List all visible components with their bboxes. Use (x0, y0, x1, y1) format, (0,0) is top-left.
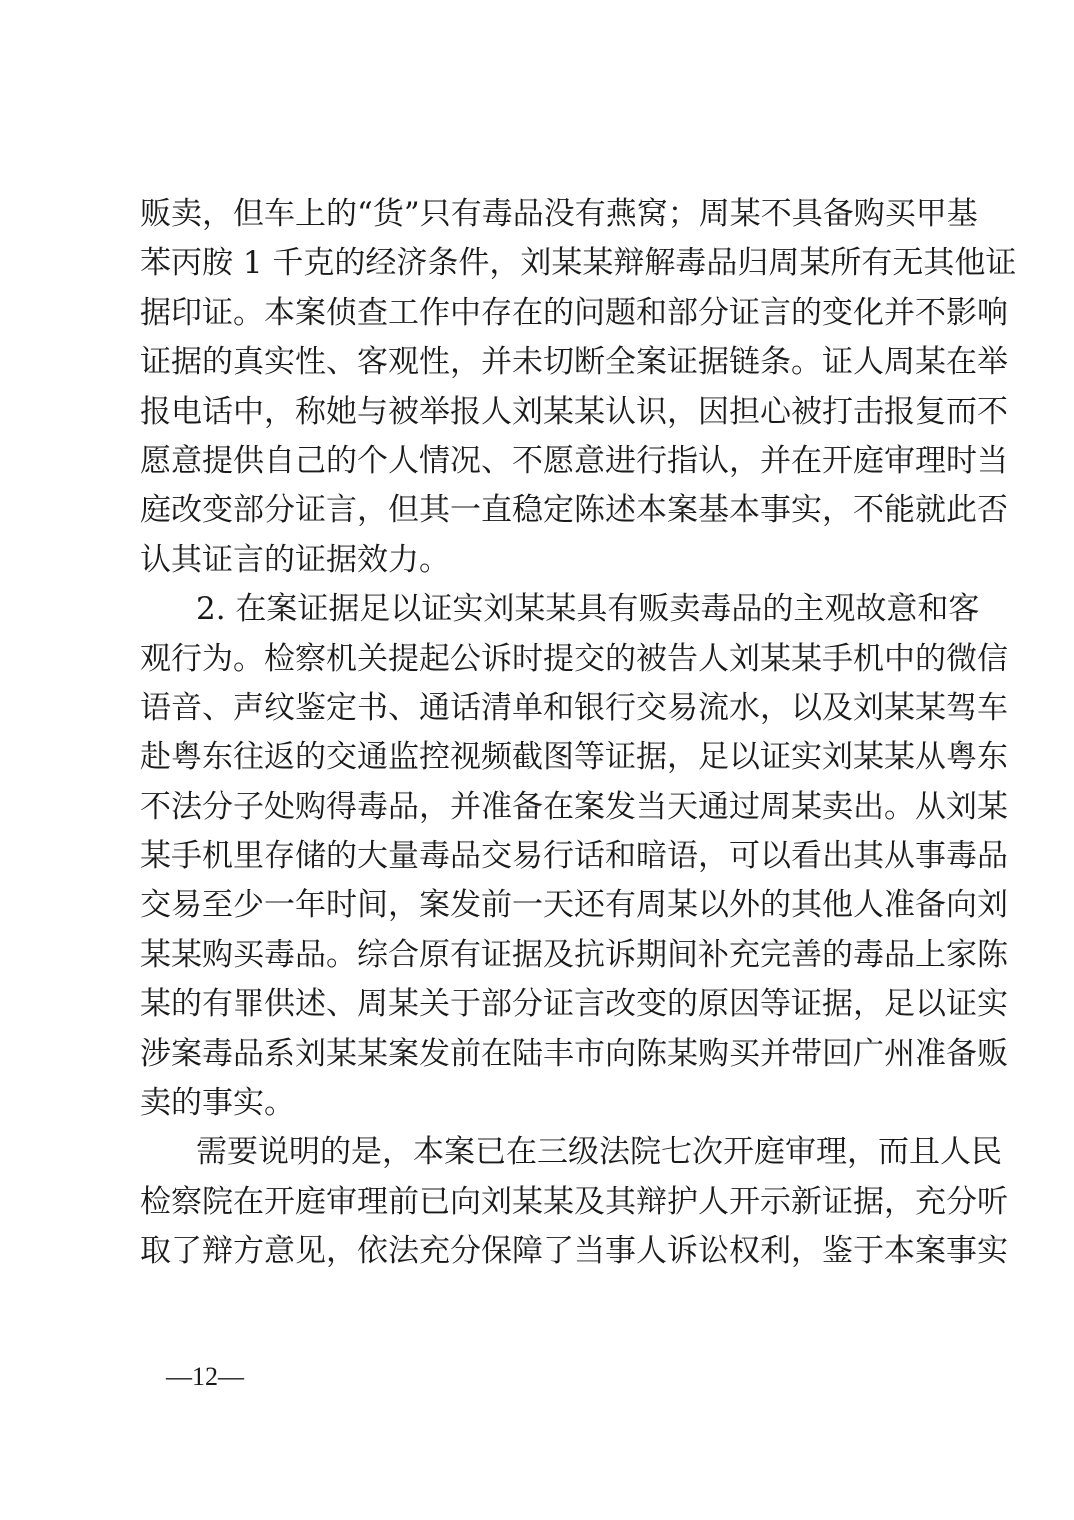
text-line: 认其证言的证据效力。 (140, 536, 940, 585)
section-heading-line: 2. 在案证据足以证实刘某某具有贩卖毒品的主观故意和客 (140, 585, 940, 634)
text-line: 某的有罪供述、周某关于部分证言改变的原因等证据，足以证实 (140, 980, 940, 1029)
body-text: 贩卖，但车上的“货”只有毒品没有燕窝；周某不具备购买甲基 苯丙胺 1 千克的经济… (140, 190, 940, 1277)
text-line: 苯丙胺 1 千克的经济条件，刘某某辩解毒品归周某所有无其他证 (140, 239, 940, 288)
text-line: 语音、声纹鉴定书、通话清单和银行交易流水，以及刘某某驾车 (140, 684, 940, 733)
text-line: 贩卖，但车上的“货”只有毒品没有燕窝；周某不具备购买甲基 (140, 190, 940, 239)
text-line: 庭改变部分证言，但其一直稳定陈述本案基本事实，不能就此否 (140, 486, 940, 535)
document-page: 贩卖，但车上的“货”只有毒品没有燕窝；周某不具备购买甲基 苯丙胺 1 千克的经济… (0, 0, 1074, 1520)
text-line: 某某购买毒品。综合原有证据及抗诉期间补充完善的毒品上家陈 (140, 931, 940, 980)
text-line: 报电话中，称她与被举报人刘某某认识，因担心被打击报复而不 (140, 388, 940, 437)
text-line: 愿意提供自己的个人情况、不愿意进行指认，并在开庭审理时当 (140, 437, 940, 486)
text-line: 据印证。本案侦查工作中存在的问题和部分证言的变化并不影响 (140, 289, 940, 338)
page-number: —12— (166, 1362, 244, 1392)
text-line: 检察院在开庭审理前已向刘某某及其辩护人开示新证据，充分听 (140, 1178, 940, 1227)
text-line: 不法分子处购得毒品，并准备在案发当天通过周某卖出。从刘某 (140, 783, 940, 832)
text-line: 交易至少一年时间，案发前一天还有周某以外的其他人准备向刘 (140, 881, 940, 930)
text-line: 涉案毒品系刘某某案发前在陆丰市向陈某购买并带回广州准备贩 (140, 1030, 940, 1079)
text-line: 观行为。检察机关提起公诉时提交的被告人刘某某手机中的微信 (140, 635, 940, 684)
text-line: 证据的真实性、客观性，并未切断全案证据链条。证人周某在举 (140, 338, 940, 387)
paragraph-start-line: 需要说明的是，本案已在三级法院七次开庭审理，而且人民 (140, 1128, 940, 1177)
text-line: 取了辩方意见，依法充分保障了当事人诉讼权利，鉴于本案事实 (140, 1227, 940, 1276)
text-line: 某手机里存储的大量毒品交易行话和暗语，可以看出其从事毒品 (140, 832, 940, 881)
text-line: 赴粤东往返的交通监控视频截图等证据，足以证实刘某某从粤东 (140, 733, 940, 782)
text-line: 卖的事实。 (140, 1079, 940, 1128)
